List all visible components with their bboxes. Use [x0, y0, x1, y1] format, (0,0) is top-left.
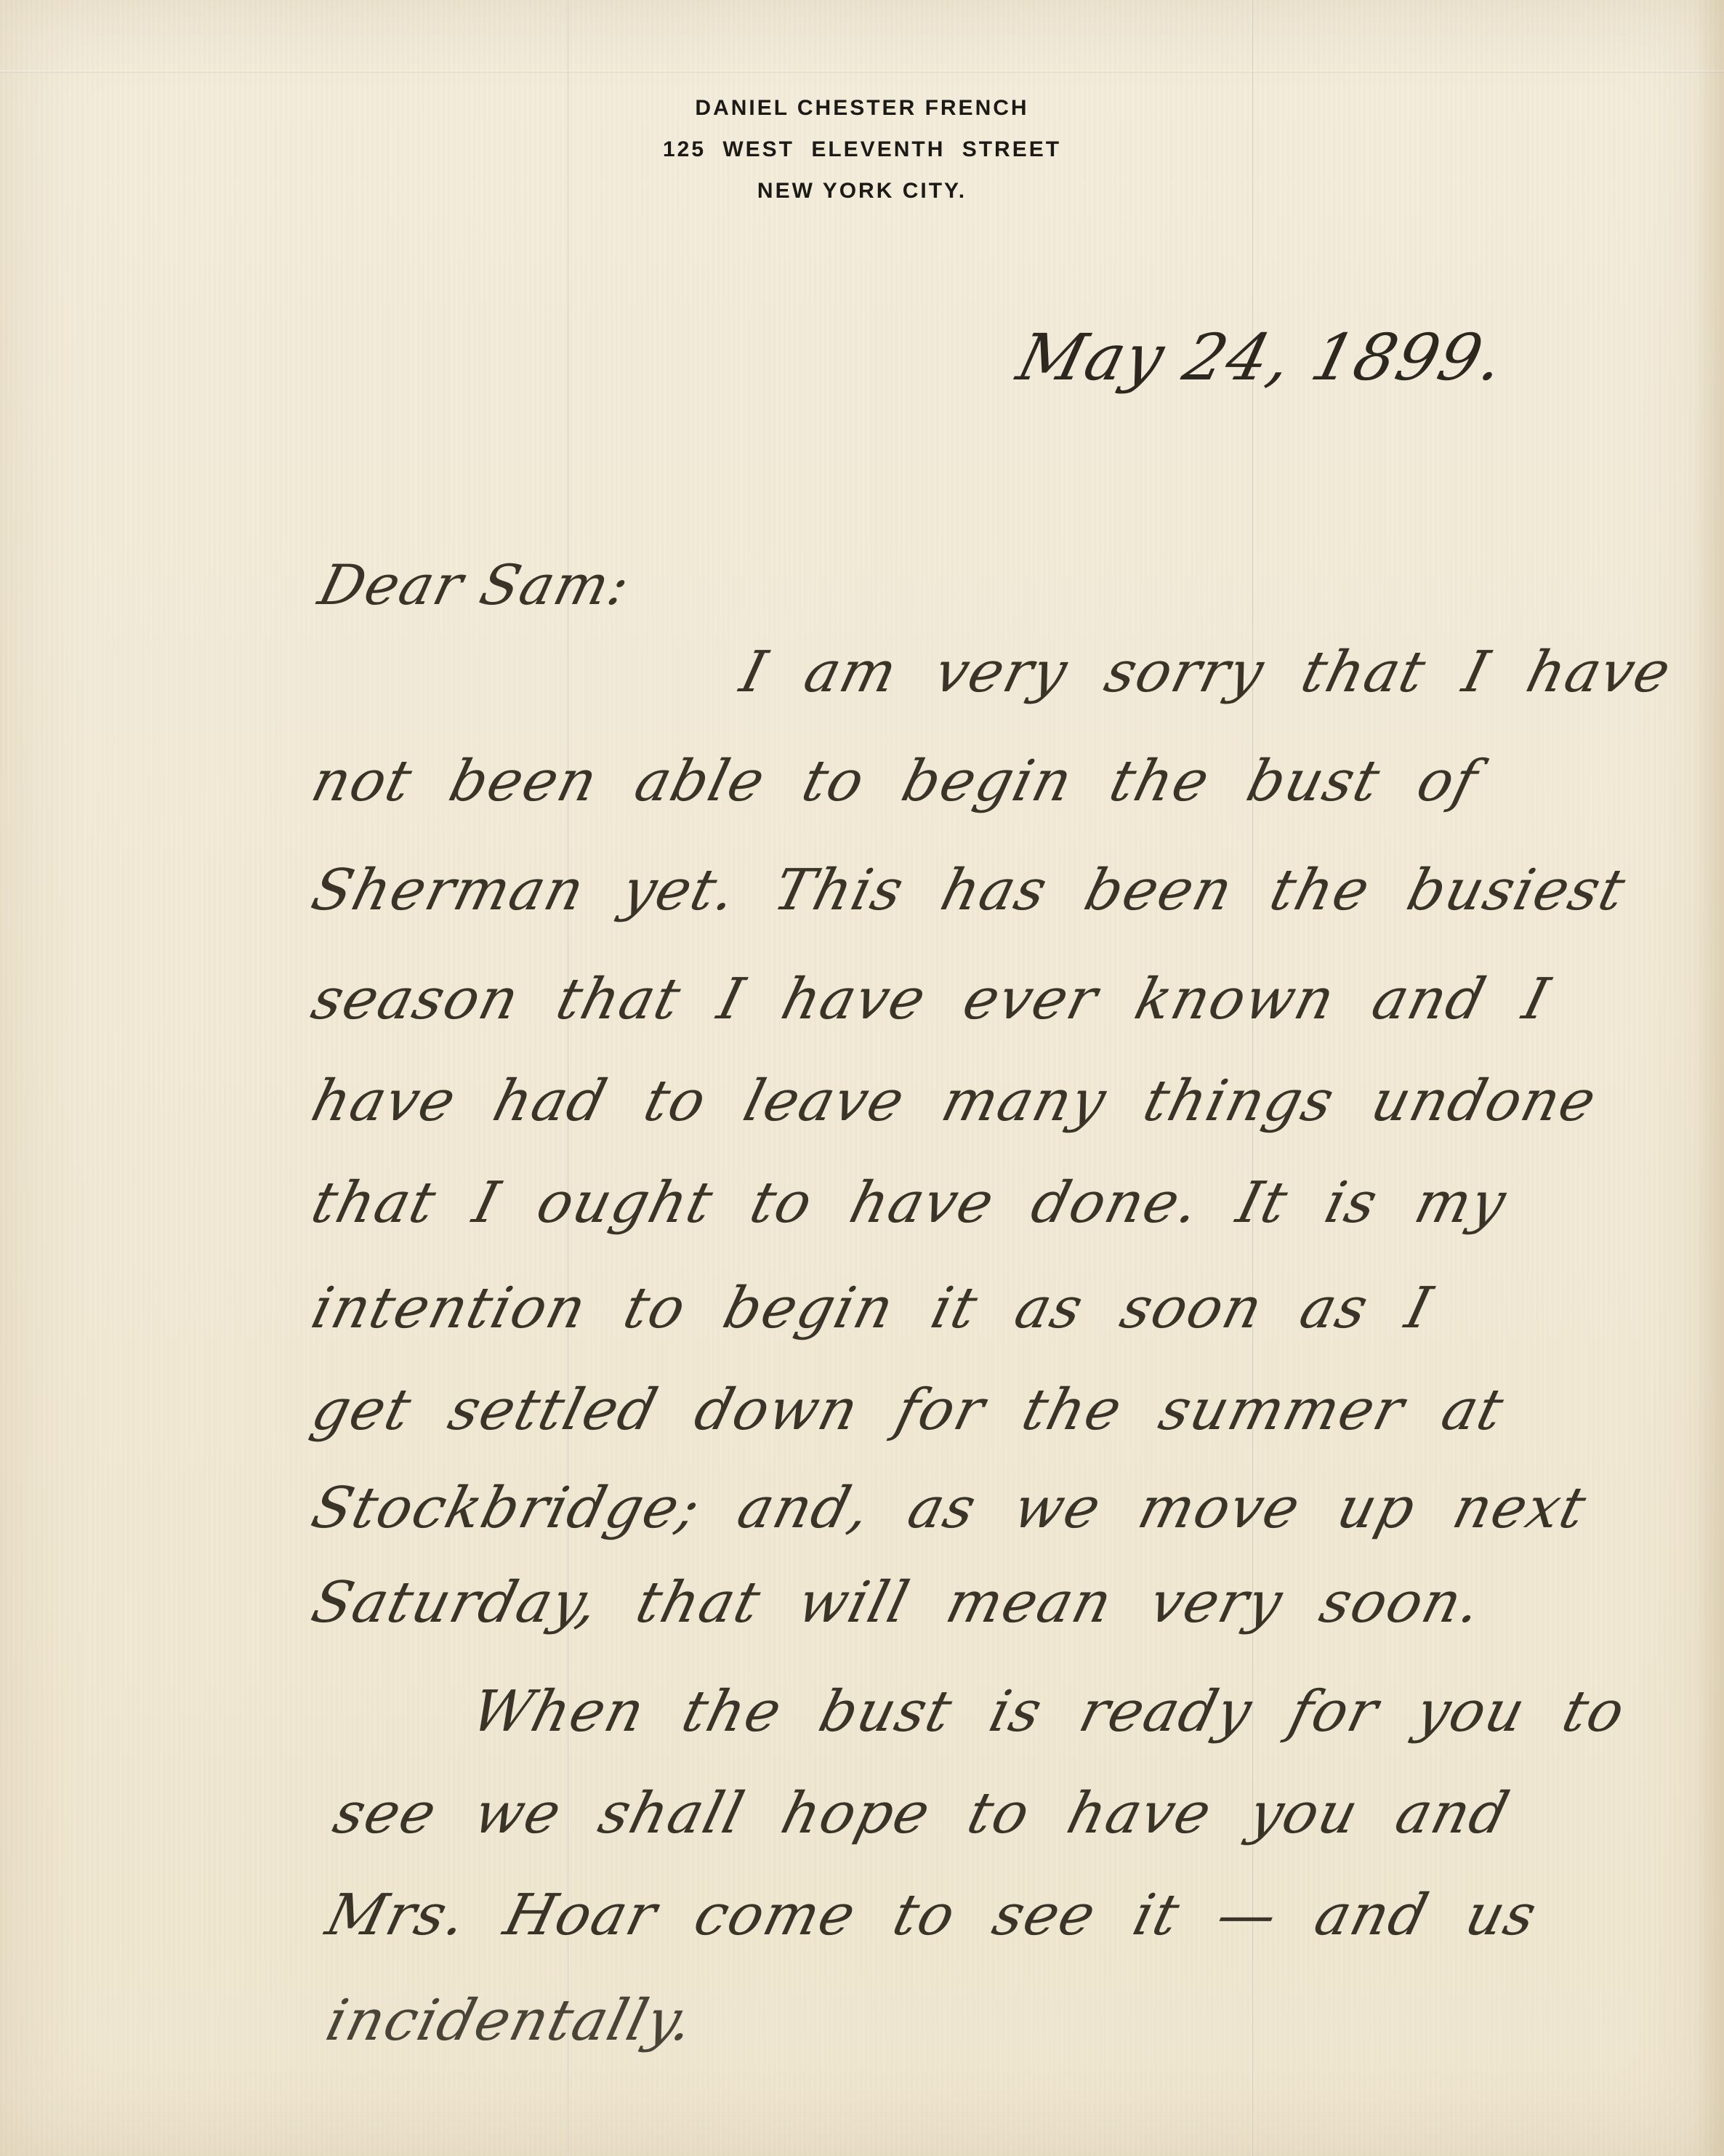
letter-line: Stockbridge; and, as we move up next	[305, 1476, 1593, 1541]
letter-line: season that I have ever known and I	[305, 967, 1557, 1032]
paper-edge-shadow	[1695, 0, 1724, 2156]
letter-line: incidentally.	[320, 1988, 701, 2054]
letter-line: Saturday, that will mean very soon.	[305, 1570, 1489, 1636]
letter-line: I am very sorry that I have	[734, 640, 1678, 705]
letter-line: get settled down for the summer at	[305, 1377, 1511, 1443]
letterhead-name: DANIEL CHESTER FRENCH	[0, 87, 1724, 129]
letterhead-city: NEW YORK CITY.	[0, 170, 1724, 212]
horizontal-fold-crease	[0, 71, 1724, 73]
letter-line: Mrs. Hoar come to see it — and us	[320, 1883, 1544, 1948]
letter-line: that I ought to have done. It is my	[305, 1170, 1513, 1236]
letter-line: have had to leave many things undone	[305, 1069, 1603, 1134]
letter-paper: DANIEL CHESTER FRENCH 125 WEST ELEVENTH …	[0, 0, 1724, 2156]
letter-salutation: Dear Sam:	[313, 552, 637, 617]
letterhead: DANIEL CHESTER FRENCH 125 WEST ELEVENTH …	[0, 87, 1724, 212]
letter-line: see we shall hope to have you and	[327, 1781, 1516, 1846]
letter-line: not been able to begin the bust of	[305, 749, 1485, 814]
letter-line: When the bust is ready for you to	[465, 1679, 1632, 1745]
letter-date: May 24, 1899.	[1010, 320, 1513, 395]
letter-line: Sherman yet. This has been the busiest	[305, 858, 1632, 923]
letterhead-address: 125 WEST ELEVENTH STREET	[0, 129, 1724, 170]
letter-line: intention to begin it as soon as I	[305, 1276, 1439, 1341]
